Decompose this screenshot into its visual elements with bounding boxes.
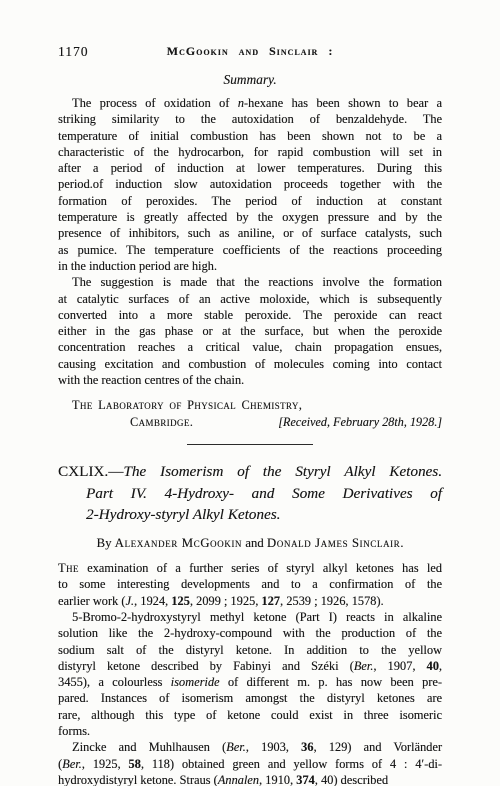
text-line: period.of induction slow autoxidation pr… xyxy=(58,176,442,192)
paragraph: The process of oxidation of n-hexane has… xyxy=(58,95,442,274)
text-line: earlier work (J., 1924, 125, 2099 ; 1925… xyxy=(58,593,442,609)
text-line: sodium salt of the distyryl ketone. In a… xyxy=(58,642,442,658)
address-line-laboratory: The Laboratory of Physical Chemistry, xyxy=(58,397,442,413)
text-line: The examination of a further series of s… xyxy=(58,560,442,576)
text-line: after a period of induction at lower tem… xyxy=(58,160,442,176)
page-number: 1170 xyxy=(58,44,89,60)
text-line: temperature is greatly affected by the o… xyxy=(58,209,442,225)
article-paragraphs: The examination of a further series of s… xyxy=(58,560,442,786)
text-line: converted into a more stable peroxide. T… xyxy=(58,307,442,323)
text-line: solution like the 2-hydroxy-compound wit… xyxy=(58,625,442,641)
text-line: presence of inhibitors, such as aniline,… xyxy=(58,225,442,241)
text-line: striking similarity to the autoxidation … xyxy=(58,111,442,127)
text-line: 5-Bromo-2-hydroxystyryl methyl ketone (P… xyxy=(58,609,442,625)
address-city: Cambridge. xyxy=(130,414,193,430)
summary-heading: Summary. xyxy=(58,72,442,88)
summary-paragraphs: The process of oxidation of n-hexane has… xyxy=(58,95,442,388)
received-date: [Received, February 28th, 1928.] xyxy=(278,414,442,430)
paragraph: Zincke and Muhlhausen (Ber., 1903, 36, 1… xyxy=(58,739,442,786)
running-head: McGookin and Sinclair : xyxy=(58,44,442,59)
text-line: as pumice. The temperature coefficients … xyxy=(58,242,442,258)
journal-page: 1170 McGookin and Sinclair : Summary. Th… xyxy=(0,0,500,786)
text-line: Zincke and Muhlhausen (Ber., 1903, 36, 1… xyxy=(58,739,442,755)
text-line: By Alexander McGookin and Donald James S… xyxy=(58,535,442,551)
address-line-city: Cambridge. [Received, February 28th, 192… xyxy=(58,414,442,430)
paragraph: CXLIX.—The Isomerism of the Styryl Alkyl… xyxy=(58,461,442,526)
text-line: 3455), a colourless isomeride of differe… xyxy=(58,674,442,690)
text-line: (Ber., 1925, 58, 118) obtained green and… xyxy=(58,756,442,772)
section-divider xyxy=(187,444,313,445)
text-line: distyryl ketone described by Fabinyi and… xyxy=(58,658,442,674)
text-line: causing excitation and combustion of mol… xyxy=(58,356,442,372)
text-line: either in the gas phase or at the surfac… xyxy=(58,323,442,339)
text-line: concentration reaches a critical value, … xyxy=(58,339,442,355)
text-line: rare, although this type of ketone could… xyxy=(58,707,442,723)
paragraph: The suggestion is made that the reaction… xyxy=(58,274,442,388)
text-line: to some interesting developments and to … xyxy=(58,576,442,592)
paragraph: By Alexander McGookin and Donald James S… xyxy=(58,535,442,551)
paragraph: 5-Bromo-2-hydroxystyryl methyl ketone (P… xyxy=(58,609,442,739)
address-block: The Laboratory of Physical Chemistry, Ca… xyxy=(58,397,442,430)
text-line: 2-Hydroxy-styryl Alkyl Ketones. xyxy=(58,504,442,526)
text-line: The suggestion is made that the reaction… xyxy=(58,274,442,290)
text-line: temperature of initial combustion has be… xyxy=(58,128,442,144)
page-header: 1170 McGookin and Sinclair : xyxy=(58,44,442,60)
article-byline: By Alexander McGookin and Donald James S… xyxy=(58,535,442,551)
text-line: with the reaction centres of the chain. xyxy=(58,372,442,388)
text-line: hydroxydistyryl ketone. Straus (Annalen,… xyxy=(58,772,442,786)
text-line: The process of oxidation of n-hexane has… xyxy=(58,95,442,111)
text-line: Part IV. 4-Hydroxy- and Some Derivatives… xyxy=(58,483,442,505)
text-line: forms. xyxy=(58,723,442,739)
text-line: characteristic of the hydrocarbon, for r… xyxy=(58,144,442,160)
paragraph: The examination of a further series of s… xyxy=(58,560,442,609)
text-line: at catalytic surfaces of an active molox… xyxy=(58,291,442,307)
text-line: pared. Instances of isomerism amongst th… xyxy=(58,690,442,706)
text-line: CXLIX.—The Isomerism of the Styryl Alkyl… xyxy=(58,461,442,483)
article-title: CXLIX.—The Isomerism of the Styryl Alkyl… xyxy=(58,461,442,526)
text-line: in the induction period are high. xyxy=(58,258,442,274)
text-line: formation of peroxides. The period of in… xyxy=(58,193,442,209)
